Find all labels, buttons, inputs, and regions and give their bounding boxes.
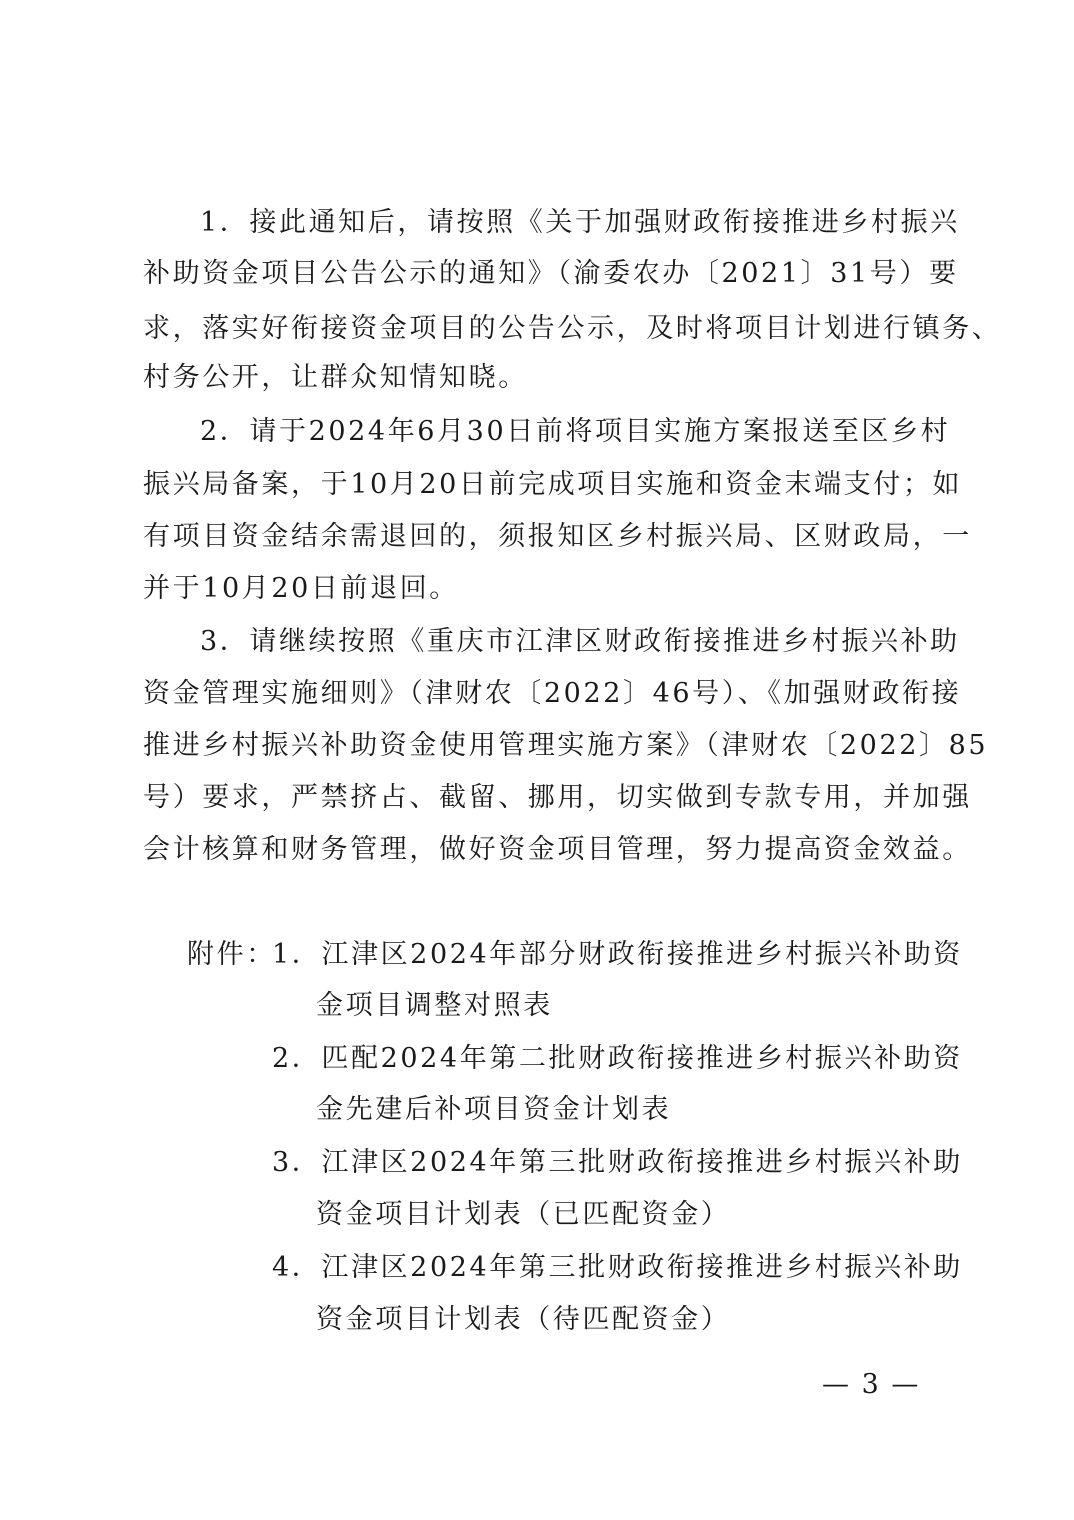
paragraph-line: 推进乡村振兴补助资金使用管理实施方案》（津财农〔2022〕85: [143, 726, 943, 766]
paragraph-line: 并于10月20日前退回。: [143, 569, 943, 609]
paragraph-line: 资金管理实施细则》（津财农〔2022〕46号）、《加强财政衔接: [143, 674, 943, 714]
paragraph-line: 求，落实好衔接资金项目的公告公示，及时将项目计划进行镇务、: [143, 309, 943, 349]
paragraph-line: 振兴局备案，于10月20日前完成项目实施和资金末端支付；如: [143, 465, 943, 505]
paragraph-line: 2．请于2024年6月30日前将项目实施方案报送至区乡村: [200, 412, 943, 452]
paragraph-line: 1．接此通知后，请按照《关于加强财政衔接推进乡村振兴: [200, 203, 943, 243]
document-page: 1．接此通知后，请按照《关于加强财政衔接推进乡村振兴 补助资金项目公告公示的通知…: [0, 0, 1074, 1520]
attachment-line: 3．江津区2024年第三批财政衔接推进乡村振兴补助: [272, 1143, 943, 1183]
paragraph-line: 村务公开，让群众知情知晓。: [143, 358, 943, 398]
paragraph-line: 会计核算和财务管理，做好资金项目管理，努力提高资金效益。: [143, 830, 943, 870]
attachment-line: 4．江津区2024年第三批财政衔接推进乡村振兴补助: [272, 1248, 943, 1288]
paragraph-line: 补助资金项目公告公示的通知》（渝委农办〔2021〕31号）要: [143, 254, 943, 294]
paragraph-line: 号）要求，严禁挤占、截留、挪用，切实做到专款专用，并加强: [143, 778, 943, 818]
attachment-line: 资金项目计划表（已匹配资金）: [316, 1195, 943, 1235]
attachments-label: 附件：: [187, 935, 276, 975]
attachment-line: 2．匹配2024年第二批财政衔接推进乡村振兴补助资: [272, 1039, 943, 1079]
attachment-line: 金先建后补项目资金计划表: [316, 1090, 943, 1130]
attachment-line: 金项目调整对照表: [316, 986, 943, 1026]
paragraph-line: 3．请继续按照《重庆市江津区财政衔接推进乡村振兴补助: [200, 622, 943, 662]
paragraph-line: 有项目资金结余需退回的，须报知区乡村振兴局、区财政局，一: [143, 517, 943, 557]
attachment-line: 资金项目计划表（待匹配资金）: [316, 1300, 943, 1340]
page-number: — 3 —: [822, 1365, 920, 1405]
attachment-line: 1．江津区2024年部分财政衔接推进乡村振兴补助资: [272, 935, 943, 975]
